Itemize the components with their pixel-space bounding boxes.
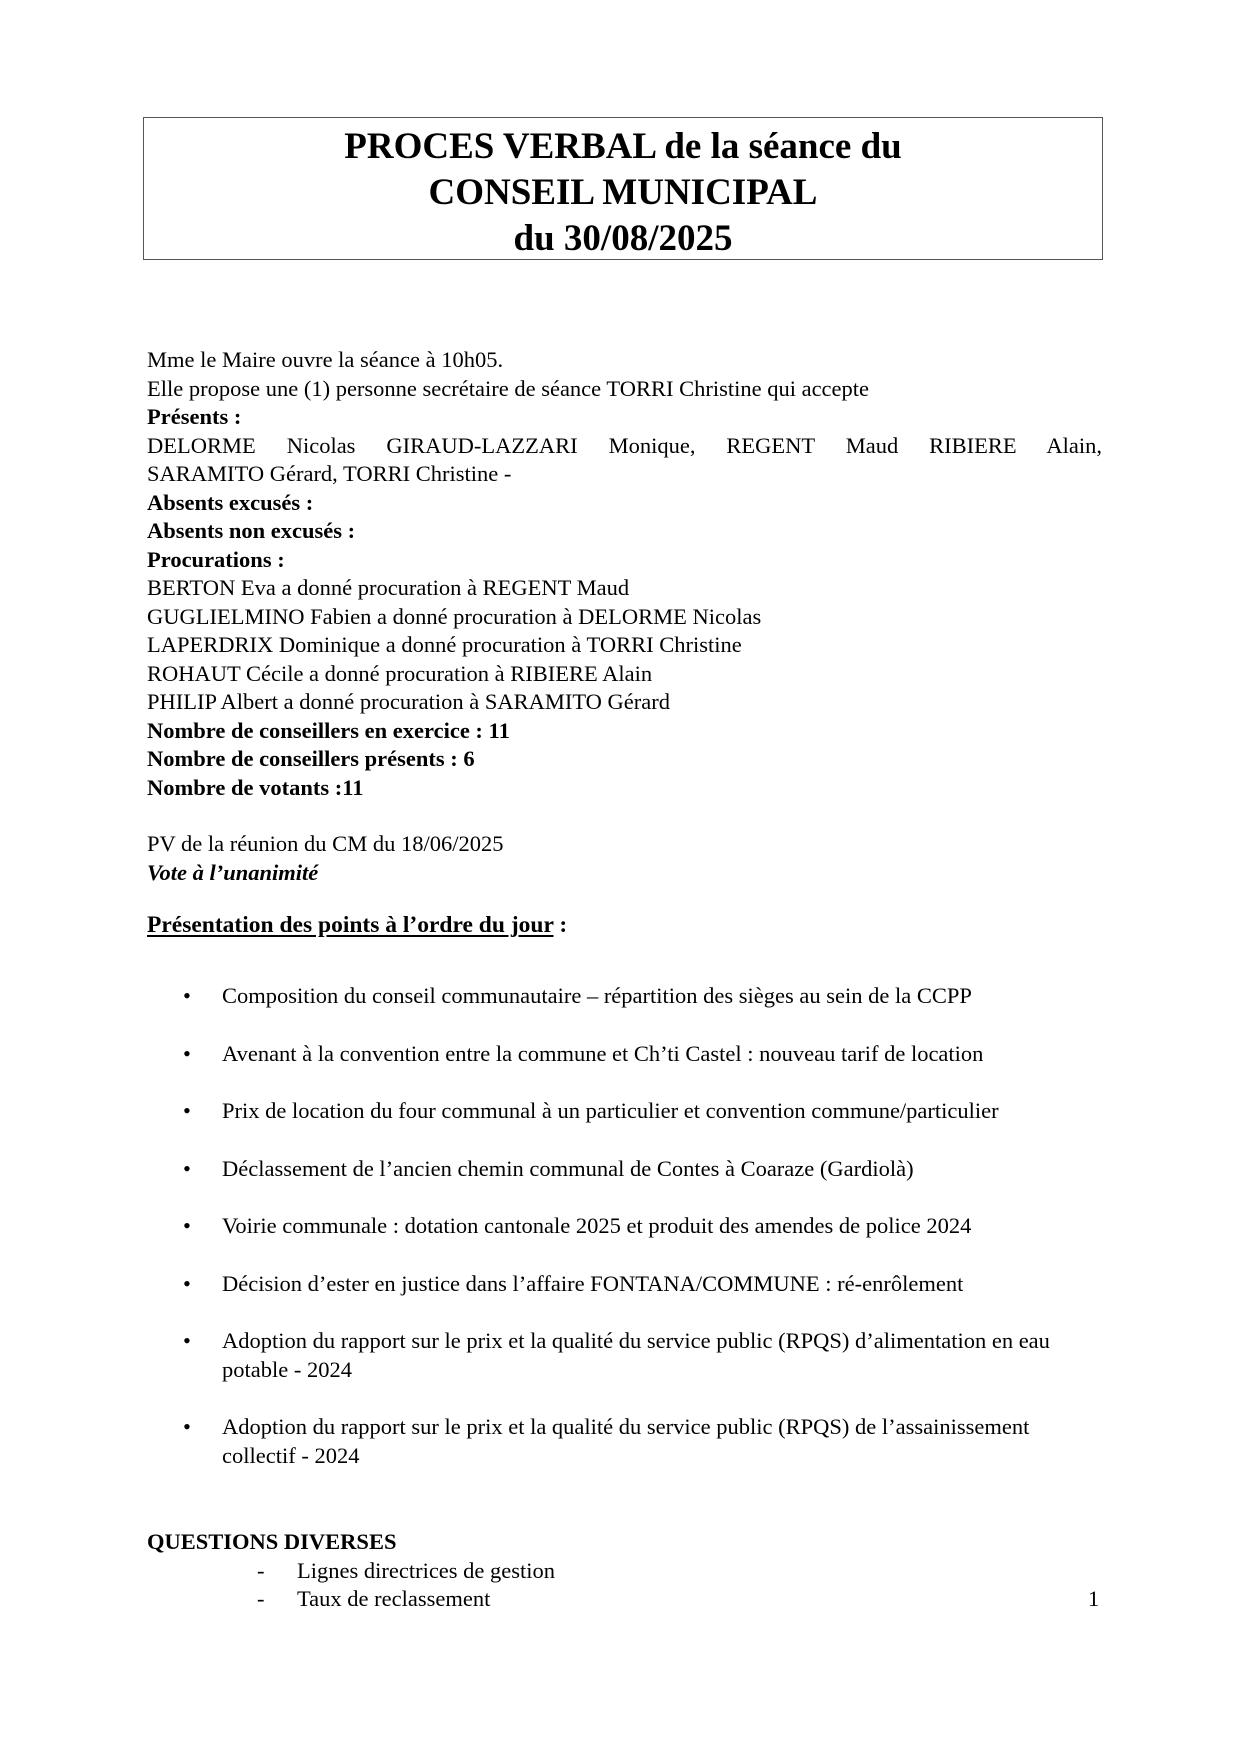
agenda-title: Présentation des points à l’ordre du jou… bbox=[147, 911, 1102, 940]
agenda-item-text: Adoption du rapport sur le prix et la qu… bbox=[222, 1328, 1050, 1382]
bullet-icon: • bbox=[183, 1097, 191, 1126]
agenda-title-suffix: : bbox=[553, 912, 567, 938]
agenda-item-text: Avenant à la convention entre la commune… bbox=[222, 1041, 983, 1066]
bullet-icon: • bbox=[183, 1413, 191, 1442]
procuration-item: ROHAUT Cécile a donné procuration à RIBI… bbox=[147, 660, 1102, 689]
questions-diverses-section: QUESTIONS DIVERSES - Lignes directrices … bbox=[147, 1528, 1102, 1614]
presents-label: Présents : bbox=[147, 403, 1102, 432]
questions-title: QUESTIONS DIVERSES bbox=[147, 1528, 1102, 1557]
absents-non-excuses-label: Absents non excusés : bbox=[147, 517, 1102, 546]
attendance-section: Mme le Maire ouvre la séance à 10h05. El… bbox=[147, 346, 1102, 940]
presents-list-line-1: DELORME Nicolas GIRAUD-LAZZARI Monique, … bbox=[147, 432, 1102, 461]
title-line-1: PROCES VERBAL de la séance du bbox=[144, 124, 1102, 170]
agenda-item: • Voirie communale : dotation cantonale … bbox=[147, 1212, 1102, 1241]
secretary-text: Elle propose une (1) personne secrétaire… bbox=[147, 375, 1102, 404]
presents-list-line-2: SARAMITO Gérard, TORRI Christine - bbox=[147, 460, 1102, 489]
bullet-icon: • bbox=[183, 1212, 191, 1241]
agenda-item-text: Adoption du rapport sur le prix et la qu… bbox=[222, 1414, 1029, 1468]
question-item-text: Taux de reclassement bbox=[297, 1586, 490, 1611]
agenda-item-text: Composition du conseil communautaire – r… bbox=[222, 983, 972, 1008]
bullet-icon: • bbox=[183, 982, 191, 1011]
previous-minutes-text: PV de la réunion du CM du 18/06/2025 bbox=[147, 830, 1102, 859]
bullet-icon: • bbox=[183, 1155, 191, 1184]
agenda-item: • Adoption du rapport sur le prix et la … bbox=[147, 1413, 1102, 1470]
absents-excuses-label: Absents excusés : bbox=[147, 489, 1102, 518]
agenda-item: • Adoption du rapport sur le prix et la … bbox=[147, 1327, 1102, 1384]
agenda-item-text: Voirie communale : dotation cantonale 20… bbox=[222, 1213, 971, 1238]
bullet-icon: • bbox=[183, 1040, 191, 1069]
dash-icon: - bbox=[257, 1557, 265, 1586]
agenda-title-text: Présentation des points à l’ordre du jou… bbox=[147, 912, 553, 938]
dash-icon: - bbox=[257, 1585, 265, 1614]
document-title-box: PROCES VERBAL de la séance du CONSEIL MU… bbox=[143, 117, 1103, 260]
spacer bbox=[147, 887, 1102, 911]
previous-minutes-vote: Vote à l’unanimité bbox=[147, 859, 1102, 888]
count-en-exercice: Nombre de conseillers en exercice : 11 bbox=[147, 717, 1102, 746]
count-presents: Nombre de conseillers présents : 6 bbox=[147, 745, 1102, 774]
agenda-item-text: Prix de location du four communal à un p… bbox=[222, 1098, 999, 1123]
agenda-item: • Déclassement de l’ancien chemin commun… bbox=[147, 1155, 1102, 1184]
procuration-item: GUGLIELMINO Fabien a donné procuration à… bbox=[147, 603, 1102, 632]
agenda-list: • Composition du conseil communautaire –… bbox=[147, 982, 1102, 1499]
procurations-label: Procurations : bbox=[147, 546, 1102, 575]
bullet-icon: • bbox=[183, 1327, 191, 1356]
procuration-item: BERTON Eva a donné procuration à REGENT … bbox=[147, 574, 1102, 603]
question-item-text: Lignes directrices de gestion bbox=[297, 1558, 555, 1583]
opening-text: Mme le Maire ouvre la séance à 10h05. bbox=[147, 346, 1102, 375]
agenda-item: • Avenant à la convention entre la commu… bbox=[147, 1040, 1102, 1069]
agenda-item: • Composition du conseil communautaire –… bbox=[147, 982, 1102, 1011]
page-number: 1 bbox=[1088, 1586, 1099, 1612]
count-votants: Nombre de votants :11 bbox=[147, 774, 1102, 803]
question-item: - Lignes directrices de gestion bbox=[147, 1557, 1102, 1586]
question-item: - Taux de reclassement bbox=[147, 1585, 1102, 1614]
agenda-item: • Prix de location du four communal à un… bbox=[147, 1097, 1102, 1126]
spacer bbox=[147, 802, 1102, 830]
bullet-icon: • bbox=[183, 1270, 191, 1299]
procuration-item: LAPERDRIX Dominique a donné procuration … bbox=[147, 631, 1102, 660]
agenda-item-text: Décision d’ester en justice dans l’affai… bbox=[222, 1271, 963, 1296]
title-line-3: du 30/08/2025 bbox=[144, 216, 1102, 262]
title-line-2: CONSEIL MUNICIPAL bbox=[144, 170, 1102, 216]
agenda-item-text: Déclassement de l’ancien chemin communal… bbox=[222, 1156, 914, 1181]
agenda-item: • Décision d’ester en justice dans l’aff… bbox=[147, 1270, 1102, 1299]
procuration-item: PHILIP Albert a donné procuration à SARA… bbox=[147, 688, 1102, 717]
